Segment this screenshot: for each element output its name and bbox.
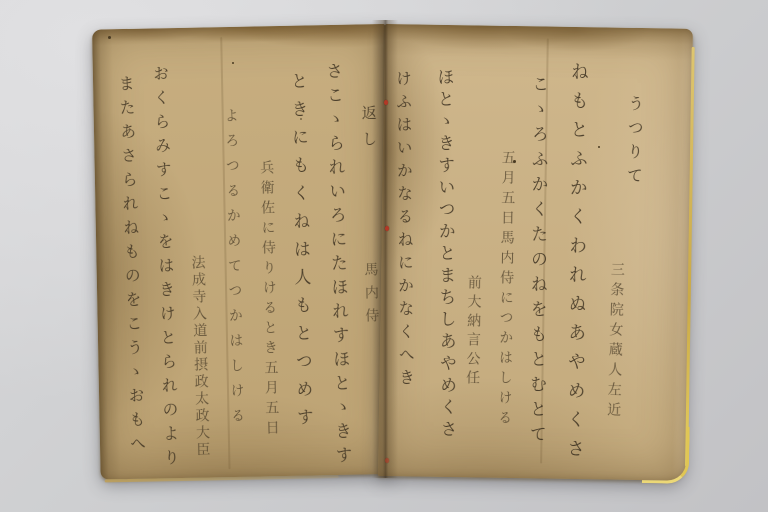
- column-section-heading-kaeshi: 返し: [361, 105, 377, 157]
- column-poem-lower: けふはいかなるねにかなくへき: [394, 70, 413, 392]
- column-kotobagaki-fifth-day-fifth-month: 五月五日馬内侍につかはしける: [497, 150, 515, 430]
- foxing-speck: [598, 146, 600, 148]
- column-poet-attribution-kinto: 前大納言公任: [465, 275, 481, 389]
- column-poem-upper: ねもとふかくわれぬあやめくさ: [565, 62, 587, 468]
- gilt-page-corner: [642, 426, 690, 484]
- gilt-page-edge-bottom: [105, 475, 339, 482]
- column-poem-lower: ときにもくねは人もとつめす: [288, 72, 311, 436]
- binding-thread-dot: [385, 458, 389, 463]
- binding-thread-dot: [384, 100, 388, 105]
- column-poem-upper: ほとゝきすいつかとまちしあやめくさ: [434, 68, 454, 442]
- column-poet-attribution-uma-no-naishi: 馬内侍: [363, 262, 378, 331]
- column-kotobagaki-fragment: うつりて: [625, 95, 643, 191]
- column-poem-lower: こゝろふかくたのねをもとむとて: [527, 75, 547, 450]
- binding-thread-dot: [385, 226, 389, 231]
- manuscript-photo: うつりて 三条院女蔵人左近 ねもとふかくわれぬあやめくさ こゝろふかくたのねをも…: [0, 0, 768, 512]
- foxing-speck: [232, 62, 234, 64]
- gilt-page-edge-right: [685, 47, 695, 467]
- column-poet-attribution-sanjoin-nyokurodo-sakon: 三条院女蔵人左近: [606, 262, 624, 422]
- foxing-speck: [108, 36, 111, 39]
